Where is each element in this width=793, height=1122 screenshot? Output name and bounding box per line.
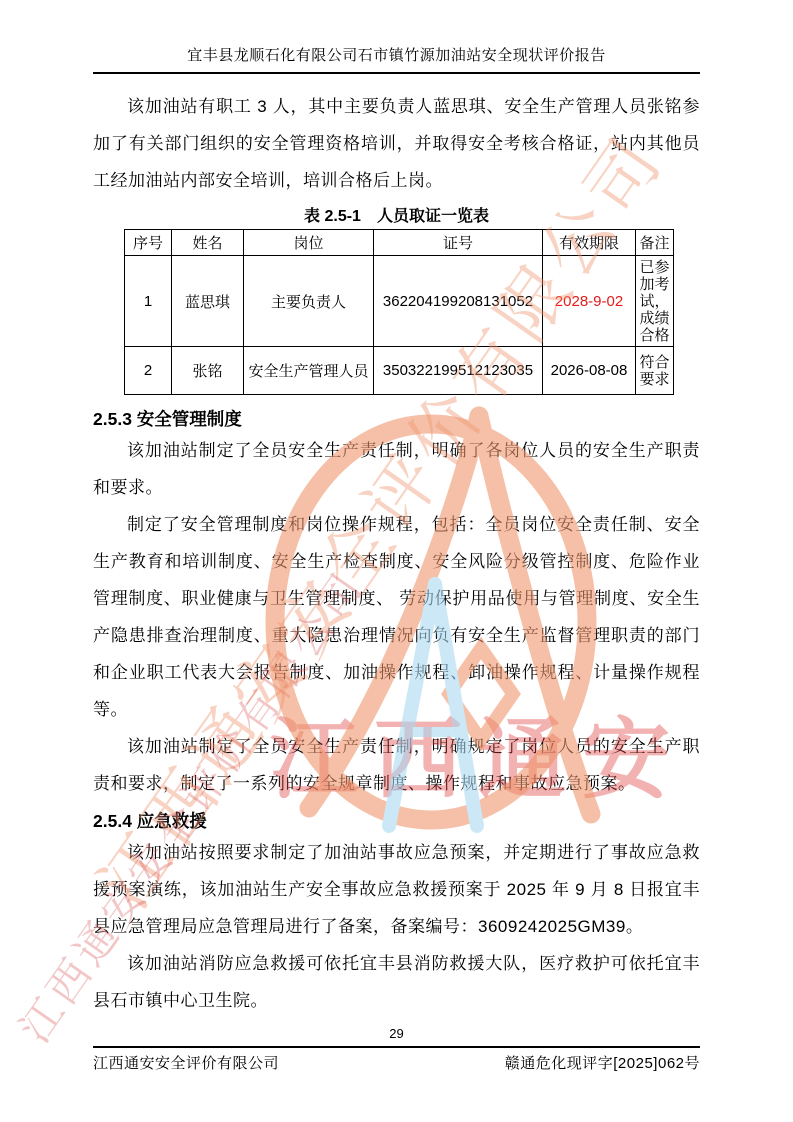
section-2-5-3-paragraph-1: 该加油站制定了全员安全生产责任制，明确了各岗位人员的安全生产职责和要求。 xyxy=(93,432,700,506)
page-footer: 江西通安安全评价有限公司 赣通危化现评字[2025]062号 xyxy=(93,1046,700,1073)
table-cell: 符合要求 xyxy=(636,347,674,395)
table-column-header: 姓名 xyxy=(172,230,244,256)
table-cell: 2 xyxy=(125,347,172,395)
table-cell: 1 xyxy=(125,256,172,347)
document-page: 江西通安安全评价有限公司 江西通安安全评价有限公司 江西通安 宜丰县龙顺石化有限… xyxy=(0,0,793,1122)
table-cell: 已参加考试，成绩合格 xyxy=(636,256,674,347)
section-2-5-3-paragraph-3: 该加油站制定了全员安全生产责任制，明确规定了岗位人员的安全生产职责和要求，制定了… xyxy=(93,728,700,802)
report-header-title: 宜丰县龙顺石化有限公司石市镇竹源加油站安全现状评价报告 xyxy=(93,44,700,74)
personnel-certificate-table: 序号姓名岗位证号有效期限备注 1蓝思琪主要负责人3622041992081310… xyxy=(124,229,674,395)
table-header-row: 序号姓名岗位证号有效期限备注 xyxy=(125,230,674,256)
table-cell: 安全生产管理人员 xyxy=(244,347,374,395)
footer-report-number: 赣通危化现评字[2025]062号 xyxy=(505,1052,700,1073)
table-column-header: 序号 xyxy=(125,230,172,256)
table-row: 1蓝思琪主要负责人3622041992081310522028-9-02已参加考… xyxy=(125,256,674,347)
page-number: 29 xyxy=(93,1026,700,1041)
table-cell: 2026-08-08 xyxy=(543,347,636,395)
table-cell: 蓝思琪 xyxy=(172,256,244,347)
section-2-5-3-paragraph-2: 制定了安全管理制度和岗位操作规程，包括：全员岗位安全责任制、安全生产教育和培训制… xyxy=(93,506,700,728)
table-cell: 2028-9-02 xyxy=(543,256,636,347)
table-cell: 350322199512123035 xyxy=(374,347,543,395)
table-column-header: 证号 xyxy=(374,230,543,256)
table-cell: 主要负责人 xyxy=(244,256,374,347)
table-cell: 362204199208131052 xyxy=(374,256,543,347)
table-column-header: 有效期限 xyxy=(543,230,636,256)
footer-company-name: 江西通安安全评价有限公司 xyxy=(93,1052,279,1073)
page-content: 宜丰县龙顺石化有限公司石市镇竹源加油站安全现状评价报告 该加油站有职工 3 人，… xyxy=(93,44,700,1019)
section-heading-2-5-3: 2.5.3 安全管理制度 xyxy=(93,407,700,432)
section-heading-2-5-4: 2.5.4 应急救援 xyxy=(93,809,700,834)
table-column-header: 备注 xyxy=(636,230,674,256)
table-row: 2张铭安全生产管理人员3503221995121230352026-08-08符… xyxy=(125,347,674,395)
intro-paragraph: 该加油站有职工 3 人，其中主要负责人蓝思琪、安全生产管理人员张铭参加了有关部门… xyxy=(93,88,700,199)
table-caption: 表 2.5-1 人员取证一览表 xyxy=(93,205,700,229)
table-cell: 张铭 xyxy=(172,347,244,395)
section-2-5-4-paragraph-2: 该加油站消防应急救援可依托宜丰县消防救援大队，医疗救护可依托宜丰县石市镇中心卫生… xyxy=(93,945,700,1019)
section-2-5-4-paragraph-1: 该加油站按照要求制定了加油站事故应急预案，并定期进行了事故应急救援预案演练，该加… xyxy=(93,834,700,945)
table-column-header: 岗位 xyxy=(244,230,374,256)
